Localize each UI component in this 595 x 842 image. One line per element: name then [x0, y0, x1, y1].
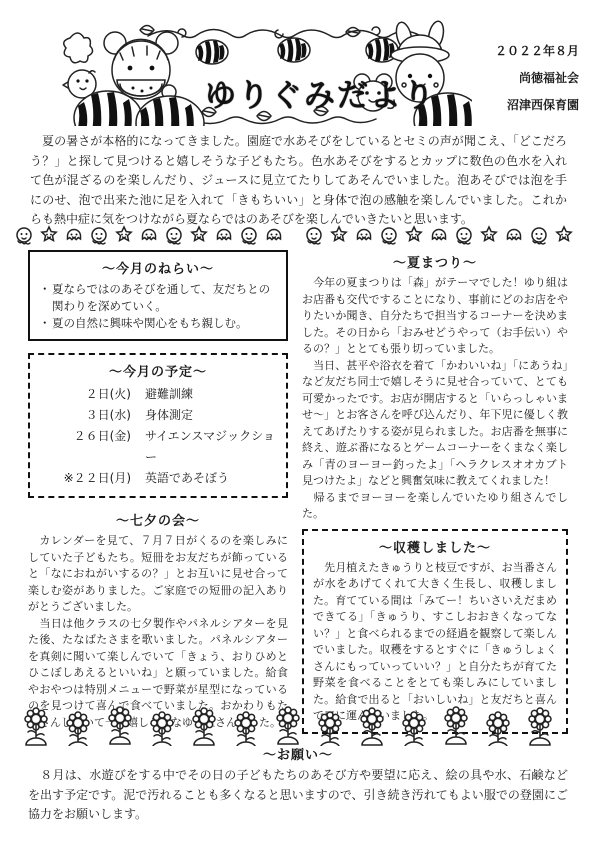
monthly-schedule-box: ～今月の予定～ ２日(火) 避難訓練 ３日(水) 身体測定 ２６日(金) サイエ… [28, 353, 288, 498]
header-meta: ２０２２年８月 尚徳福祉会 沼津西保育園 [495, 38, 579, 119]
summer-festival-paragraph: 今年の夏まつりは「森」がテーマでした！ゆり組はお店番も交代ですることになり、事前… [302, 275, 568, 358]
monthly-aims-box: ～今月のねらい～ 夏ならではのあそびを通して、友だちとの関わりを深めていく。 夏… [28, 250, 288, 341]
school-name: 沼津西保育園 [495, 92, 579, 119]
tanabata-section: ～七夕の会～ カレンダーを見て、７月７日がくるのを楽しみにしていた子どもたち。短… [28, 510, 288, 731]
schedule-row: ※２２日(月) 英語であそぼう [39, 468, 277, 489]
faces-divider [16, 224, 579, 246]
monthly-aims-heading: ～今月のねらい～ [39, 258, 277, 277]
aim-item: 夏ならではのあそびを通して、友だちとの関わりを深めていく。 [39, 281, 277, 315]
harvest-heading: ～収穫しました～ [313, 537, 557, 556]
newsletter-title: ゆりぐみだより [168, 70, 473, 115]
newsletter-page: ゆりぐみだより ２０２２年８月 尚徳福祉会 沼津西保育園 夏の暑さが本格的になっ… [0, 0, 595, 842]
content-columns: ～今月のねらい～ 夏ならではのあそびを通して、友だちとの関わりを深めていく。 夏… [28, 250, 568, 734]
aim-item: 夏の自然に興味や関心をもち親しむ。 [39, 315, 277, 332]
left-column: ～今月のねらい～ 夏ならではのあそびを通して、友だちとの関わりを深めていく。 夏… [28, 250, 288, 734]
schedule-date: ※２２日(月) [39, 468, 131, 489]
request-paragraph: ８月は、水遊びをする中でその日の子どもたちのあそび方や要望に応え、絵の具や水、石… [28, 766, 568, 825]
schedule-event: 身体測定 [145, 405, 277, 426]
request-heading: ～お願い～ [28, 744, 568, 763]
organization-name: 尚徳福祉会 [495, 65, 579, 92]
bear-watermelon-hat-icon [104, 32, 178, 99]
schedule-row: ２６日(金) サイエンスマジックショー [39, 426, 277, 468]
summer-festival-heading: ～夏まつり～ [302, 252, 568, 271]
flowers-divider [24, 706, 572, 746]
schedule-row: ２日(火) 避難訓練 [39, 384, 277, 405]
request-section: ～お願い～ ８月は、水遊びをする中でその日の子どもたちのあそび方や要望に応え、絵… [28, 744, 568, 825]
harvest-box: ～収穫しました～ 先月植えたきゅうりと枝豆ですが、お当番さんが水をあげてくれて大… [302, 529, 568, 734]
schedule-event: サイエンスマジックショー [145, 426, 277, 468]
intro-paragraph: 夏の暑さが本格的になってきました。園庭で水あそびをしているとセミの声が聞こえ、「… [30, 132, 567, 230]
schedule-event: 英語であそぼう [145, 468, 277, 489]
monthly-schedule-heading: ～今月の予定～ [39, 361, 277, 380]
vine-icon [192, 117, 376, 124]
leaf-icon [64, 33, 93, 63]
schedule-date: ２日(火) [39, 384, 131, 405]
schedule-event: 避難訓練 [145, 384, 277, 405]
issue-date: ２０２２年８月 [495, 38, 579, 65]
tanabata-paragraph: カレンダーを見て、７月７日がくるのを楽しみにしていた子どもたち。短冊をお友だちが… [28, 533, 288, 616]
summer-festival-paragraph: 帰るまでヨーヨーを楽しんでいたゆり組さんでした。 [302, 490, 568, 523]
right-column: ～夏まつり～ 今年の夏まつりは「森」がテーマでした！ゆり組はお店番も交代でするこ… [302, 250, 568, 734]
tanabata-heading: ～七夕の会～ [28, 510, 288, 529]
schedule-date: ３日(水) [39, 405, 131, 426]
harvest-paragraph: 先月植えたきゅうりと枝豆ですが、お当番さんが水をあげてくれて大きく生長し、収穫し… [313, 560, 557, 725]
aims-list: 夏ならではのあそびを通して、友だちとの関わりを深めていく。 夏の自然に興味や関心… [39, 281, 277, 332]
schedule-date: ２６日(金) [39, 426, 131, 468]
schedule-row: ３日(水) 身体測定 [39, 405, 277, 426]
summer-festival-paragraph: 当日、甚平や浴衣を着て「かわいいね」「にあうね」など友だち同士で嬉しそうに見せ合… [302, 358, 568, 490]
summer-festival-section: ～夏まつり～ 今年の夏まつりは「森」がテーマでした！ゆり組はお店番も交代でするこ… [302, 252, 568, 523]
